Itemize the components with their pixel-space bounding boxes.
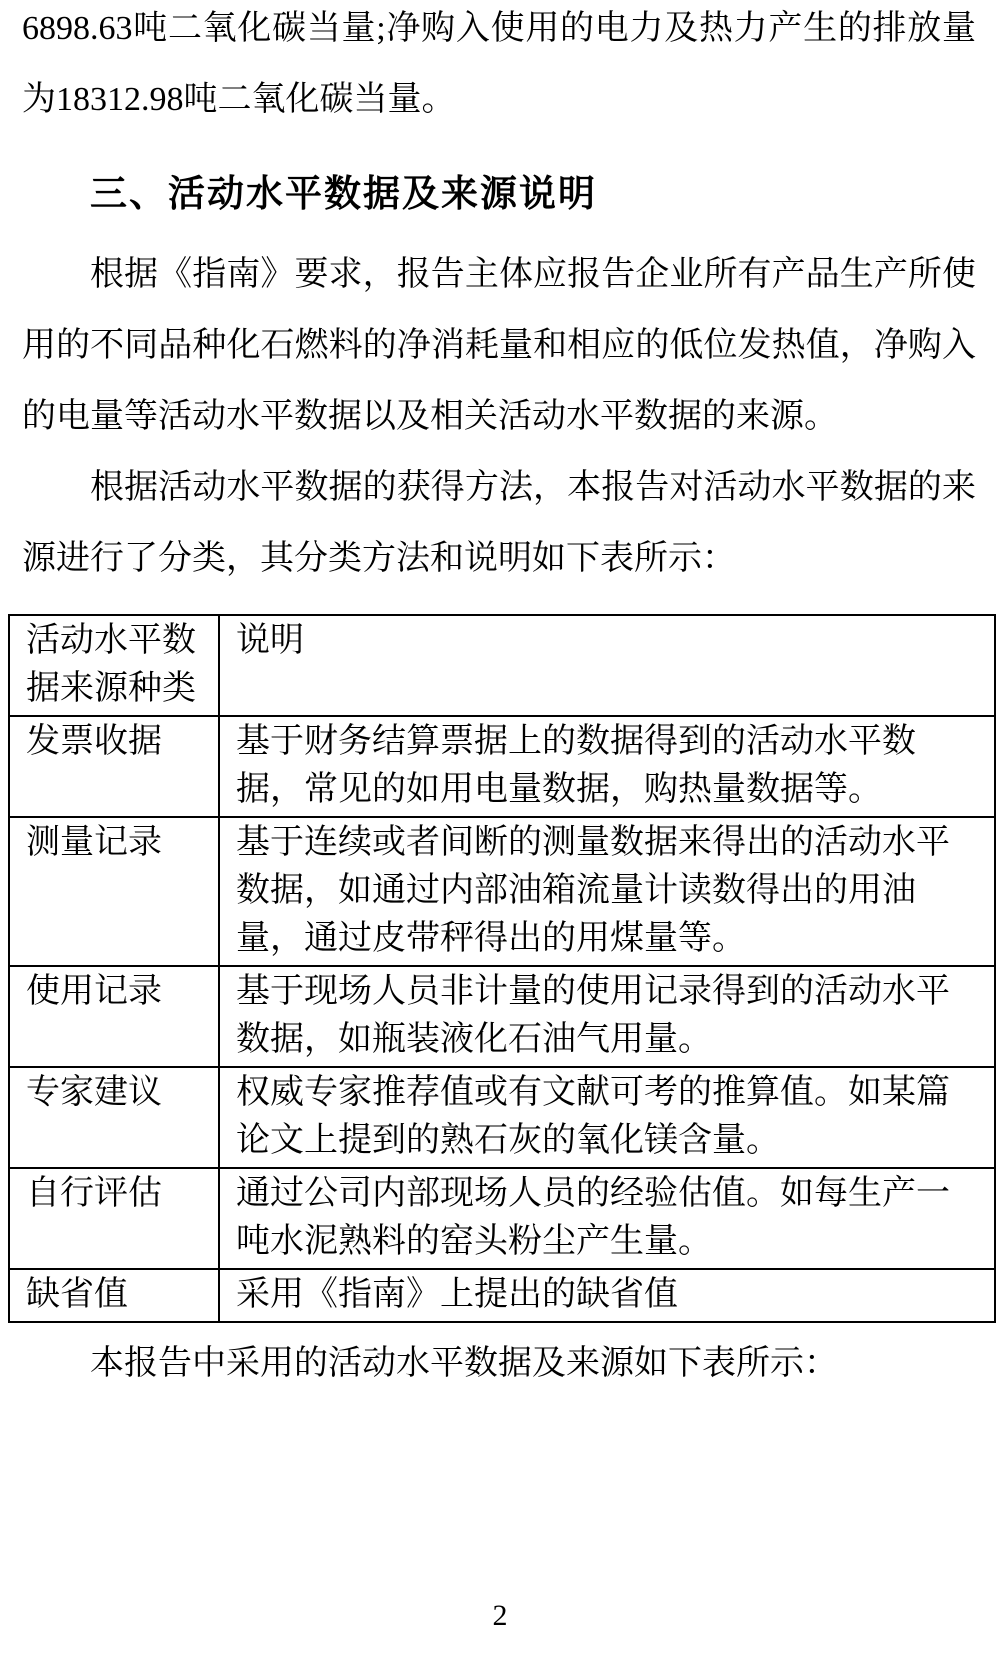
table-row: 测量记录 基于连续或者间断的测量数据来得出的活动水平数据，如通过内部油箱流量计读… [9, 817, 995, 966]
closing-paragraph: 本报告中采用的活动水平数据及来源如下表所示： [22, 1328, 976, 1399]
cell-category: 专家建议 [9, 1067, 219, 1168]
table-row: 专家建议 权威专家推荐值或有文献可考的推算值。如某篇论文上提到的熟石灰的氧化镁含… [9, 1067, 995, 1168]
table-row: 使用记录 基于现场人员非计量的使用记录得到的活动水平数据，如瓶装液化石油气用量。 [9, 966, 995, 1067]
section-heading: 三、活动水平数据及来源说明 [90, 158, 976, 229]
cell-description: 权威专家推荐值或有文献可考的推算值。如某篇论文上提到的熟石灰的氧化镁含量。 [219, 1067, 995, 1168]
intro-continuation-paragraph: 6898.63吨二氧化碳当量;净购入使用的电力及热力产生的排放量为18312.9… [22, 0, 976, 135]
cell-category: 使用记录 [9, 966, 219, 1067]
cell-description: 采用《指南》上提出的缺省值 [219, 1269, 995, 1322]
cell-description: 基于连续或者间断的测量数据来得出的活动水平数据，如通过内部油箱流量计读数得出的用… [219, 817, 995, 966]
data-source-category-table: 活动水平数据来源种类 说明 发票收据 基于财务结算票据上的数据得到的活动水平数据… [8, 614, 996, 1323]
table-row: 发票收据 基于财务结算票据上的数据得到的活动水平数据，常见的如用电量数据，购热量… [9, 716, 995, 817]
header-cell-category: 活动水平数据来源种类 [9, 615, 219, 716]
cell-description: 通过公司内部现场人员的经验估值。如每生产一吨水泥熟料的窑头粉尘产生量。 [219, 1168, 995, 1269]
table-row: 缺省值 采用《指南》上提出的缺省值 [9, 1269, 995, 1322]
table-row: 自行评估 通过公司内部现场人员的经验估值。如每生产一吨水泥熟料的窑头粉尘产生量。 [9, 1168, 995, 1269]
header-cell-description: 说明 [219, 615, 995, 716]
cell-description: 基于现场人员非计量的使用记录得到的活动水平数据，如瓶装液化石油气用量。 [219, 966, 995, 1067]
table-header-row: 活动水平数据来源种类 说明 [9, 615, 995, 716]
cell-category: 测量记录 [9, 817, 219, 966]
cell-category: 缺省值 [9, 1269, 219, 1322]
cell-description: 基于财务结算票据上的数据得到的活动水平数据，常见的如用电量数据，购热量数据等。 [219, 716, 995, 817]
paragraph-classification-method: 根据活动水平数据的获得方法，本报告对活动水平数据的来源进行了分类，其分类方法和说… [22, 452, 976, 594]
document-page: 6898.63吨二氧化碳当量;净购入使用的电力及热力产生的排放量为18312.9… [0, 0, 1000, 1662]
page-number: 2 [0, 1598, 1000, 1634]
paragraph-guideline-requirements: 根据《指南》要求，报告主体应报告企业所有产品生产所使用的不同品种化石燃料的净消耗… [22, 239, 976, 452]
cell-category: 自行评估 [9, 1168, 219, 1269]
cell-category: 发票收据 [9, 716, 219, 817]
